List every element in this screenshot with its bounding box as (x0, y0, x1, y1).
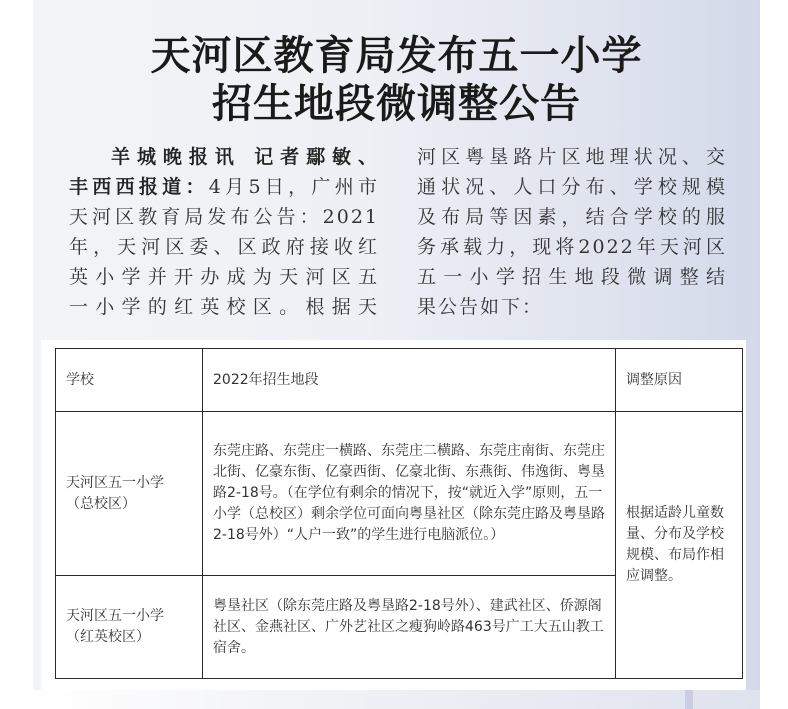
table-header-row: 学校 2022年招生地段 调整原因 (56, 349, 743, 412)
byline-text: 羊城晚报讯 记者鄢敏、 (111, 146, 379, 168)
header-reason: 调整原因 (616, 349, 743, 412)
article-right-column: 河区粤垦路片区地理状况、交 通状况、人口分布、学校规模 及布局等因素，结合学校的… (417, 142, 727, 322)
reason-cell: 根据适龄儿童数量、分布及学校规模、布局作相应调整。 (616, 412, 743, 679)
byline-text-2: 丰西西报道： (69, 176, 209, 198)
school-cell: 天河区五一小学 （总校区） (56, 412, 203, 576)
school-cell: 天河区五一小学 （红英校区） (56, 576, 203, 679)
enrollment-zone-table: 学校 2022年招生地段 调整原因 天河区五一小学 （总校区） 东莞庄路、东莞庄… (55, 348, 743, 679)
dateline: 4月5日，广州市 (209, 176, 379, 198)
article-line: 英小学并开办成为天河区五 (69, 262, 379, 292)
headline-line-1: 天河区教育局发布五一小学 (33, 34, 760, 78)
article-line: 年，天河区委、区政府接收红 (69, 232, 379, 262)
enrollment-table-panel: 学校 2022年招生地段 调整原因 天河区五一小学 （总校区） 东莞庄路、东莞庄… (41, 340, 746, 690)
zone-cell: 东莞庄路、东莞庄一横路、东莞庄二横路、东莞庄南街、东莞庄北街、亿豪东街、亿豪西街… (203, 412, 616, 576)
header-zone: 2022年招生地段 (203, 349, 616, 412)
article-line: 天河区教育局发布公告：2021 (69, 202, 379, 232)
newspaper-clipping: 天河区教育局发布五一小学 招生地段微调整公告 羊城晚报讯 记者鄢敏、 丰西西报道… (33, 0, 760, 709)
article-line: 及布局等因素，结合学校的服 (417, 202, 727, 232)
byline: 羊城晚报讯 记者鄢敏、 (69, 142, 379, 172)
article-line: 一小学的红英校区。根据天 (69, 292, 379, 322)
binding-mark (685, 690, 693, 709)
article-line: 河区粤垦路片区地理状况、交 (417, 142, 727, 172)
headline-line-2: 招生地段微调整公告 (33, 82, 760, 126)
paper-bottom-edge (33, 690, 760, 709)
article-line: 务承载力，现将2022年天河区 (417, 232, 727, 262)
school-name: 天河区五一小学 (66, 606, 192, 627)
article-line: 丰西西报道：4月5日，广州市 (69, 172, 379, 202)
zone-cell: 粤垦社区（除东莞庄路及粤垦路2-18号外）、建武社区、侨源阁社区、金燕社区、广外… (203, 576, 616, 679)
article-left-column: 羊城晚报讯 记者鄢敏、 丰西西报道：4月5日，广州市 天河区教育局发布公告：20… (69, 142, 379, 322)
article-line: 五一小学招生地段微调整结 (417, 262, 727, 292)
article-line: 通状况、人口分布、学校规模 (417, 172, 727, 202)
school-name: 天河区五一小学 (66, 473, 192, 494)
header-school: 学校 (56, 349, 203, 412)
campus-name: （总校区） (66, 494, 192, 515)
article-line: 果公告如下： (417, 292, 727, 322)
campus-name: （红英校区） (66, 627, 192, 648)
table-row: 天河区五一小学 （总校区） 东莞庄路、东莞庄一横路、东莞庄二横路、东莞庄南街、东… (56, 412, 743, 576)
